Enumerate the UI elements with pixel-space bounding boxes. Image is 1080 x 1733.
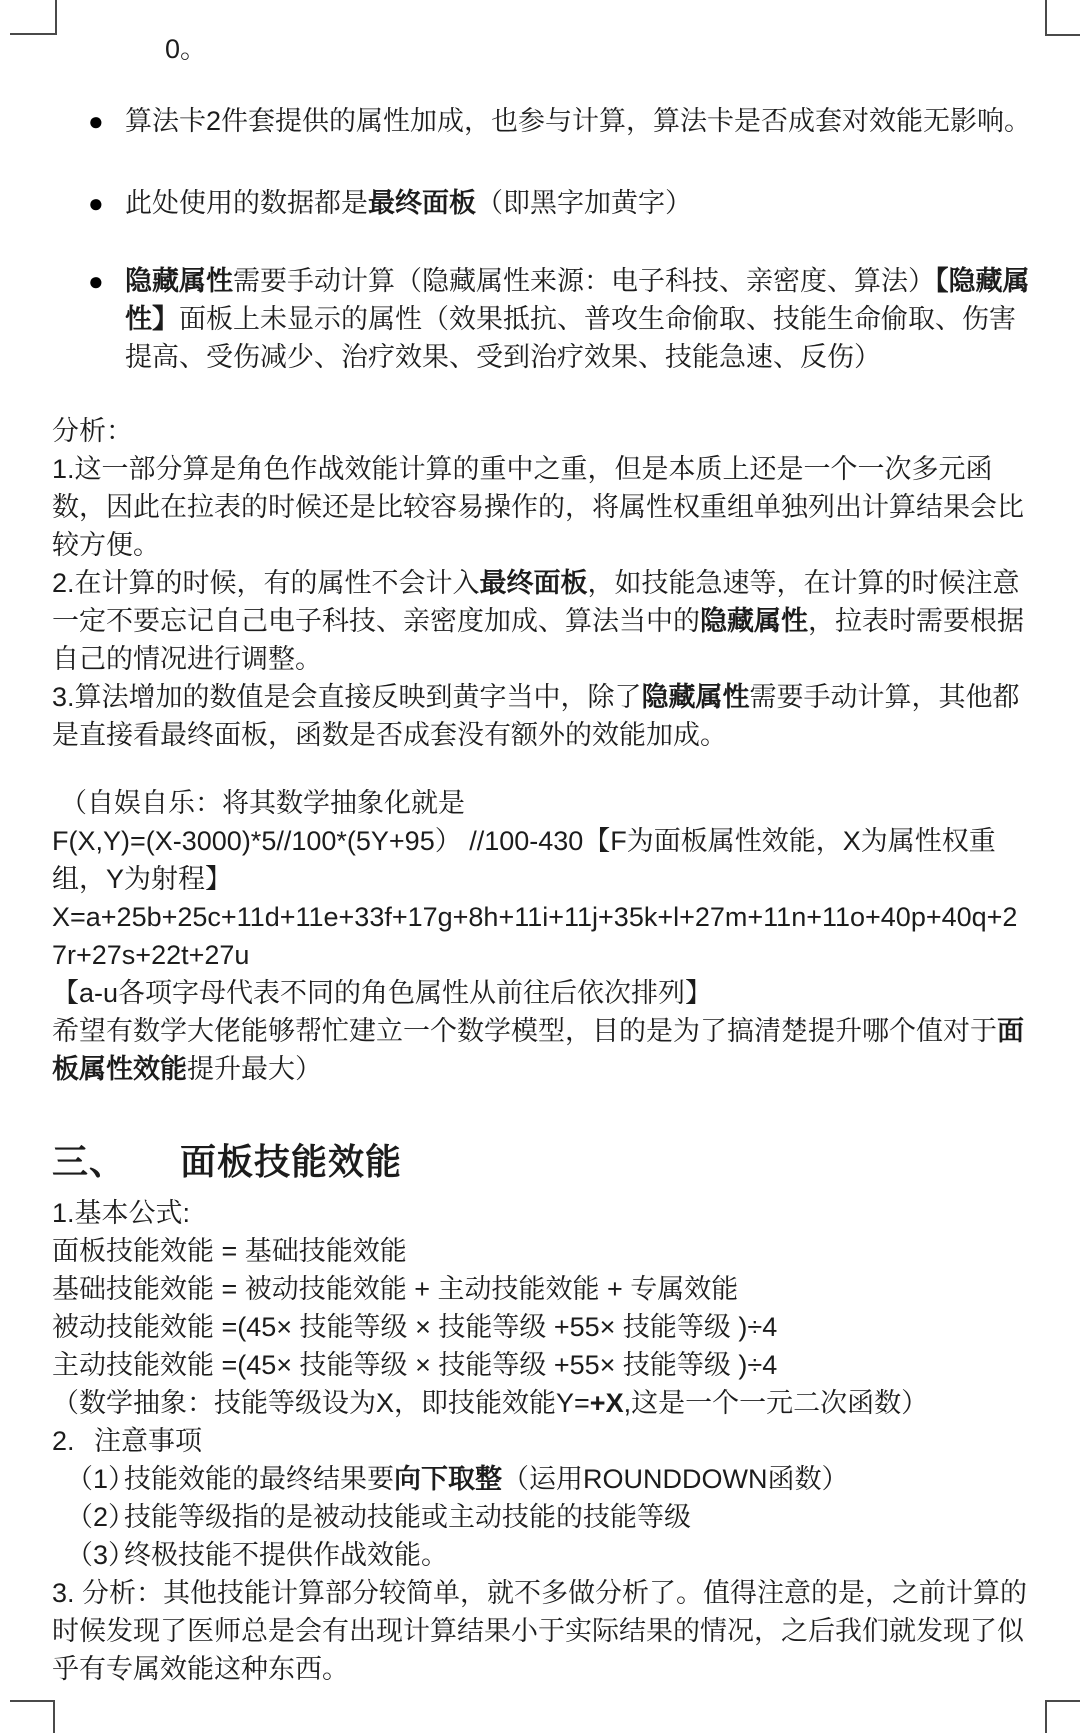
note-marker: （3） (52, 1536, 124, 1574)
analysis-paragraph: 3.算法增加的数值是会直接反映到黄字当中，除了隐藏属性需要手动计算，其他都是直接… (52, 678, 1032, 754)
note-text: 技能效能的最终结果要向下取整（运用ROUNDDOWN函数） (124, 1460, 1032, 1498)
crop-mark-bottom-left (10, 1700, 55, 1733)
notes-block: 2.注意事项 （1） 技能效能的最终结果要向下取整（运用ROUNDDOWN函数）… (52, 1422, 1032, 1688)
math-note-line: （自娱自乐：将其数学抽象化就是 (52, 784, 1032, 822)
bullet-icon: ● (88, 184, 125, 222)
analysis-heading: 分析： (52, 412, 1032, 450)
formula-line: 主动技能效能 =(45× 技能等级 × 技能等级 +55× 技能等级 )÷4 (52, 1346, 1032, 1384)
bullet-text: 算法卡2件套提供的属性加成，也参与计算，算法卡是否成套对效能无影响。 (125, 102, 1032, 140)
analysis-block: 分析： 1.这一部分算是角色作战效能计算的重中之重，但是本质上还是一个一次多元函… (52, 412, 1032, 754)
document-content: 0。 ● 算法卡2件套提供的属性加成，也参与计算，算法卡是否成套对效能无影响。 … (0, 0, 1080, 1688)
note-text: 终极技能不提供作战效能。 (124, 1536, 1032, 1574)
bullet-item: ● 隐藏属性需要手动计算（隐藏属性来源：电子科技、亲密度、算法）【隐藏属性】面板… (88, 262, 1032, 376)
math-note-line: 【a-u各项字母代表不同的角色属性从前往后依次排列】 (52, 974, 1032, 1012)
analysis-paragraph: 2.在计算的时候，有的属性不会计入最终面板，如技能急速等，在计算的时候注意一定不… (52, 564, 1032, 678)
formula-line: F(X,Y)=(X-3000)*5//100*(5Y+95） //100-430… (52, 822, 1032, 898)
note-item: （3） 终极技能不提供作战效能。 (52, 1536, 1032, 1574)
bullet-icon: ● (88, 262, 125, 300)
note-marker: （1） (52, 1460, 124, 1498)
note-item: （2） 技能等级指的是被动技能或主动技能的技能等级 (52, 1498, 1032, 1536)
notes-number: 2. (52, 1422, 94, 1460)
note-text: 技能等级指的是被动技能或主动技能的技能等级 (124, 1498, 1032, 1536)
formula-line: 被动技能效能 =(45× 技能等级 × 技能等级 +55× 技能等级 )÷4 (52, 1308, 1032, 1346)
abstraction-line: （数学抽象：技能等级设为X，即技能效能Y=+X,这是一个一元二次函数） (52, 1384, 1032, 1422)
section-number: 三、 (52, 1141, 126, 1182)
formula-line: X=a+25b+25c+11d+11e+33f+17g+8h+11i+11j+3… (52, 898, 1032, 974)
bullet-text: 隐藏属性需要手动计算（隐藏属性来源：电子科技、亲密度、算法）【隐藏属性】面板上未… (125, 262, 1032, 376)
math-note-block: （自娱自乐：将其数学抽象化就是 F(X,Y)=(X-3000)*5//100*(… (52, 784, 1032, 1088)
section-heading: 三、面板技能效能 (52, 1138, 1032, 1186)
document-page: 0。 ● 算法卡2件套提供的属性加成，也参与计算，算法卡是否成套对效能无影响。 … (0, 0, 1080, 1733)
bullet-icon: ● (88, 102, 125, 140)
formula-line: 基础技能效能 = 被动技能效能 + 主动技能效能 + 专属效能 (52, 1270, 1032, 1308)
bullet-item: ● 算法卡2件套提供的属性加成，也参与计算，算法卡是否成套对效能无影响。 (88, 102, 1032, 140)
crop-mark-bottom-right (1045, 1700, 1080, 1733)
formula-line: 面板技能效能 = 基础技能效能 (52, 1232, 1032, 1270)
math-note-line: 希望有数学大佬能够帮忙建立一个数学模型，目的是为了搞清楚提升哪个值对于面板属性效… (52, 1012, 1032, 1088)
note-item: （1） 技能效能的最终结果要向下取整（运用ROUNDDOWN函数） (52, 1460, 1032, 1498)
section-title: 面板技能效能 (180, 1141, 402, 1182)
bullet-text: 此处使用的数据都是最终面板（即黑字加黄字） (125, 184, 1032, 222)
leading-text: 0。 (165, 30, 1032, 68)
final-analysis-paragraph: 3. 分析：其他技能计算部分较简单，就不多做分析了。值得注意的是，之前计算的时候… (52, 1574, 1032, 1688)
notes-title: 注意事项 (94, 1426, 202, 1456)
basics-block: 1.基本公式: 面板技能效能 = 基础技能效能 基础技能效能 = 被动技能效能 … (52, 1194, 1032, 1422)
note-marker: （2） (52, 1498, 124, 1536)
bullet-item: ● 此处使用的数据都是最终面板（即黑字加黄字） (88, 184, 1032, 222)
analysis-paragraph: 1.这一部分算是角色作战效能计算的重中之重，但是本质上还是一个一次多元函数，因此… (52, 450, 1032, 564)
basics-label: 1.基本公式: (52, 1194, 1032, 1232)
notes-label: 2.注意事项 (52, 1422, 1032, 1460)
